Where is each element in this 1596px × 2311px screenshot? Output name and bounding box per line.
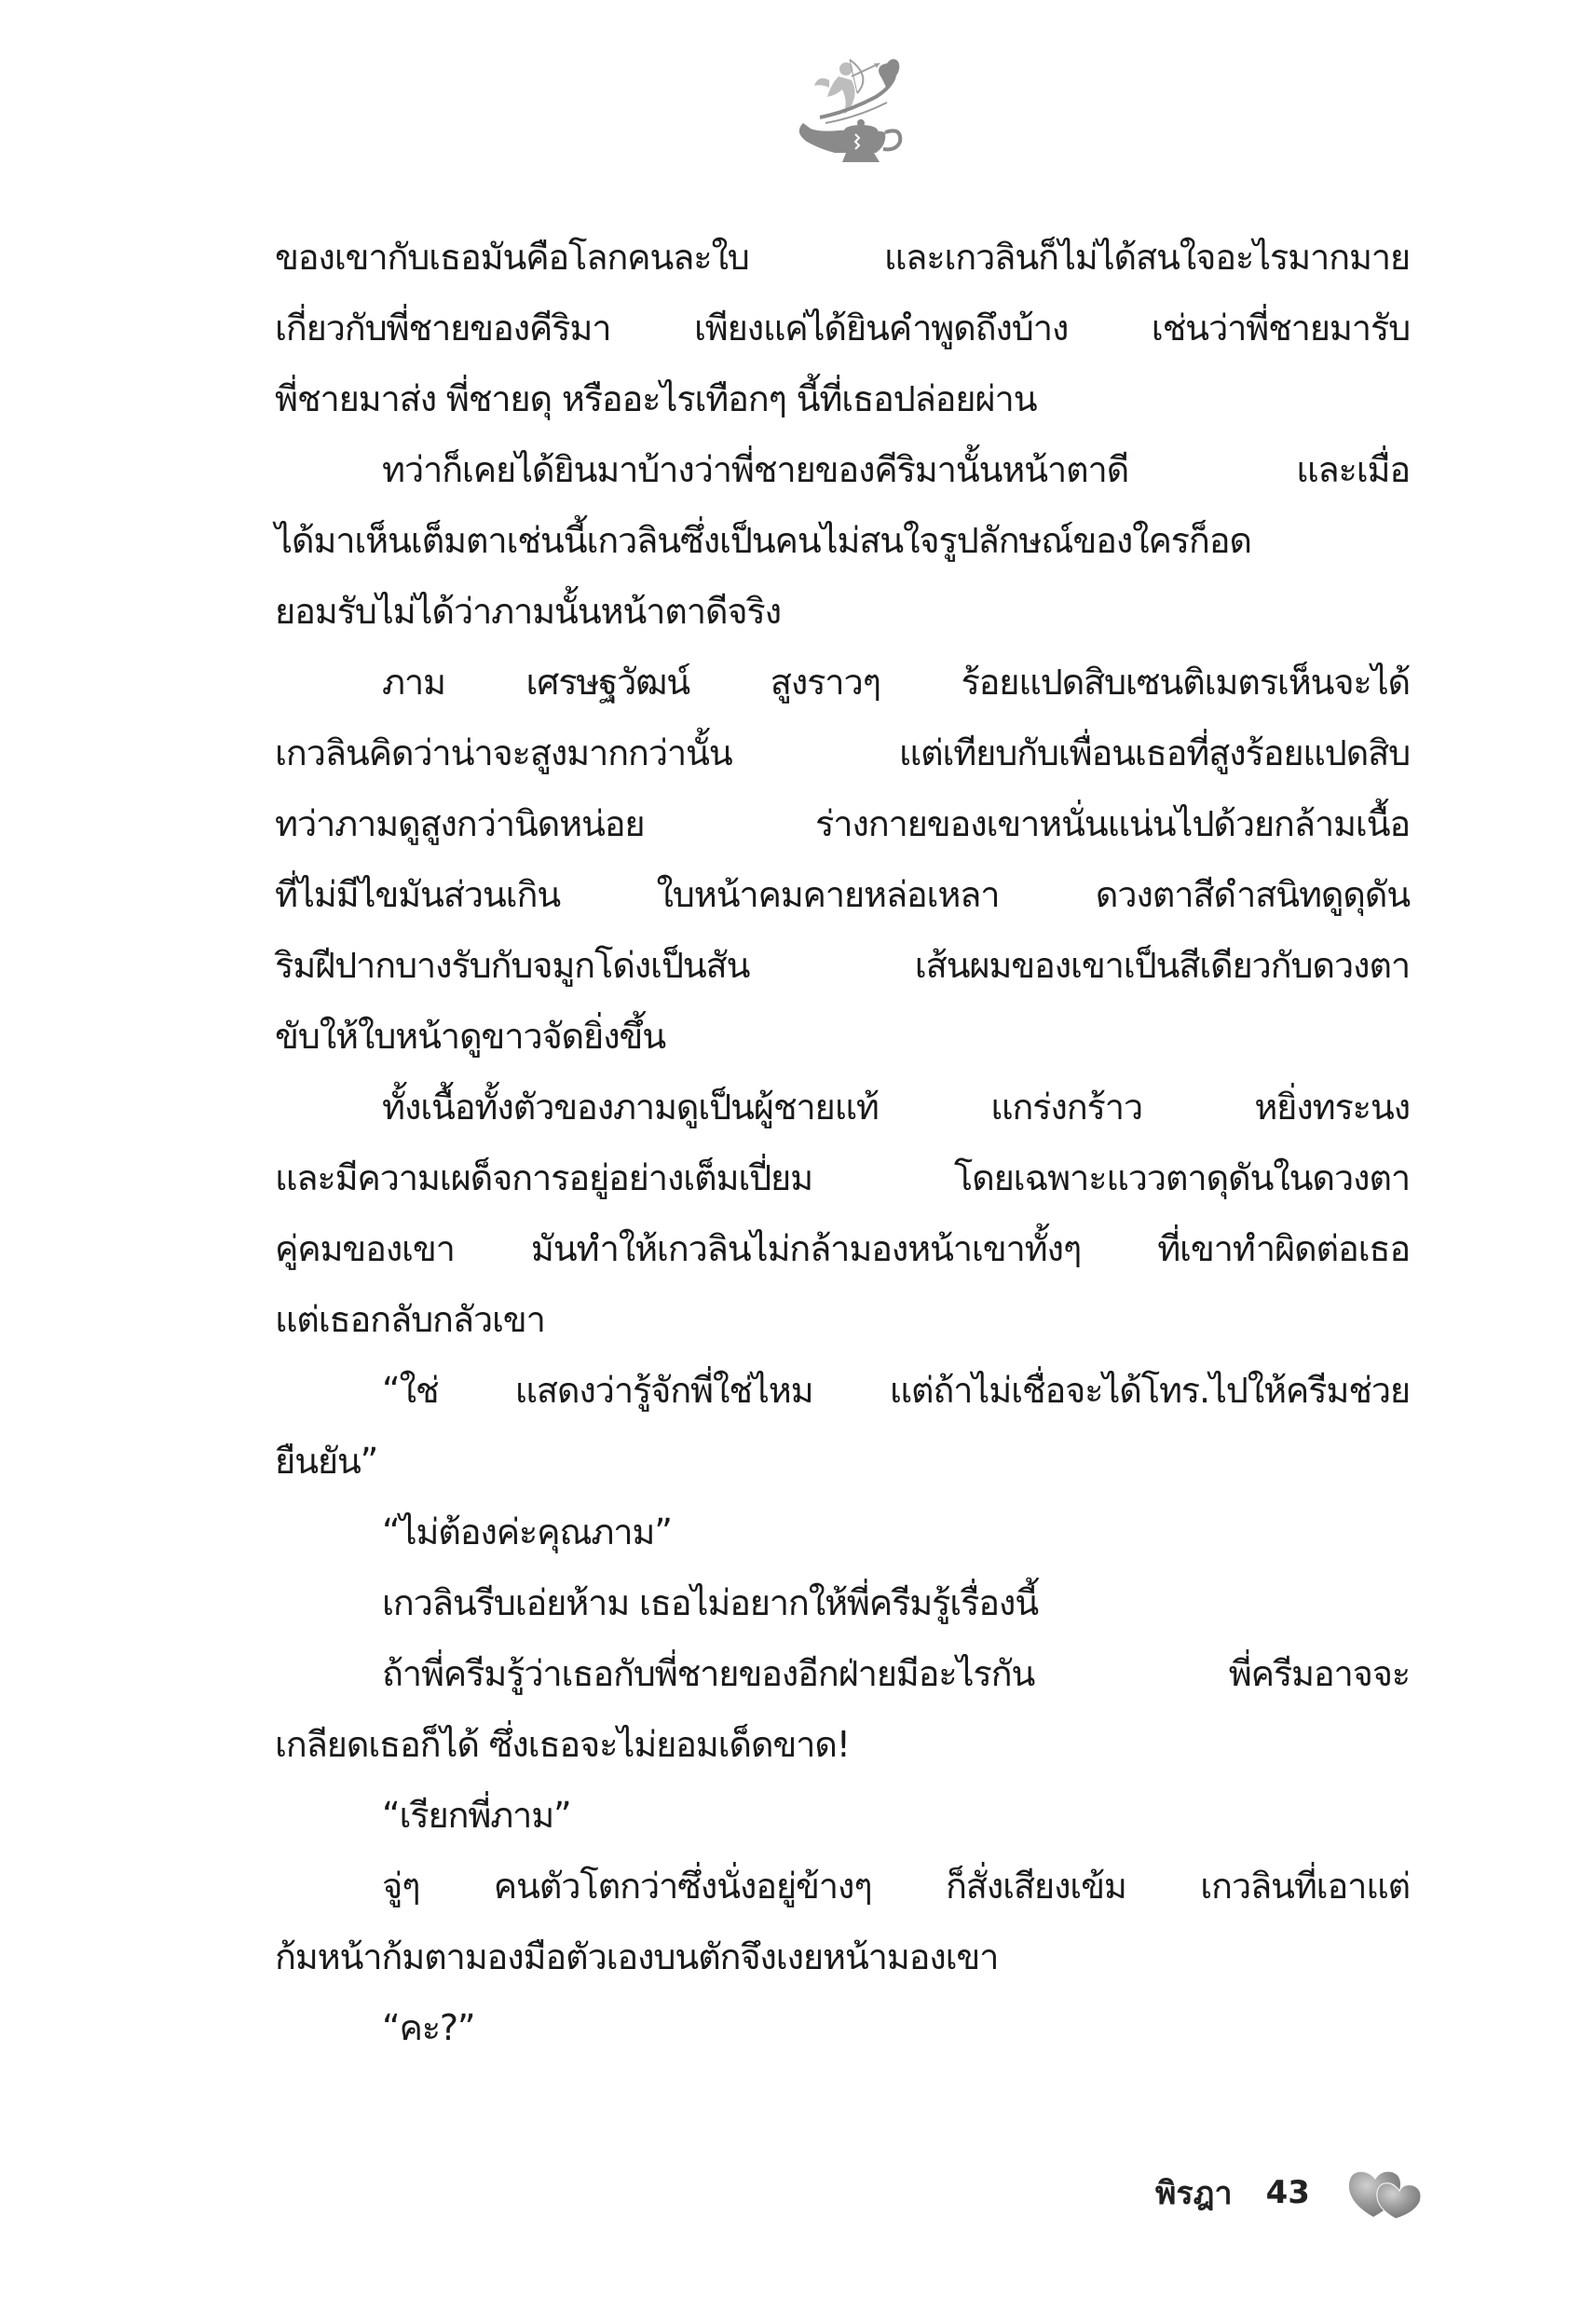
text-line: “ไม่ต้องค่ะคุณภาม” (275, 1497, 1410, 1567)
text-line: “เรียกพี่ภาม” (275, 1780, 1410, 1851)
text-line: จู่ๆ คนตัวโตกว่าซึ่งนั่งอยู่ข้างๆ ก็สั่ง… (275, 1851, 1410, 1921)
text-line: ก้มหน้าก้มตามองมือตัวเองบนตักจึงเงยหน้าม… (275, 1921, 1410, 1992)
text-line: เกลียดเธอก็ได้ ซึ่งเธอจะไม่ยอมเด็ดขาด! (275, 1709, 1410, 1780)
page-number: 43 (1266, 2174, 1310, 2211)
text-line: ที่ไม่มีไขมันส่วนเกิน ใบหน้าคมคายหล่อเหล… (275, 859, 1410, 930)
text-line: ทว่าภามดูสูงกว่านิดหน่อย ร่างกายของเขาหน… (275, 788, 1410, 859)
text-line: พี่ชายมาส่ง พี่ชายดุ หรืออะไรเทือกๆ นี้ท… (275, 363, 1410, 434)
cupid-teapot-lamp-icon (783, 56, 913, 172)
text-line: ถ้าพี่ครีมรู้ว่าเธอกับพี่ชายของอีกฝ่ายมี… (275, 1638, 1410, 1709)
two-hearts-icon (1344, 2165, 1427, 2221)
text-line: ริมฝีปากบางรับกับจมูกโด่งเป็นสัน เส้นผมข… (275, 930, 1410, 1001)
text-line: ทว่าก็เคยได้ยินมาบ้างว่าพี่ชายของคีริมาน… (275, 434, 1410, 505)
text-line: “คะ?” (275, 1992, 1410, 2063)
text-line: ขับให้ใบหน้าดูขาวจัดยิ่งขึ้น (275, 1001, 1410, 1072)
text-line: แต่เธอกลับกลัวเขา (275, 1284, 1410, 1355)
text-line: ภาม เศรษฐวัฒน์ สูงราวๆ ร้อยแปดสิบเซนติเม… (275, 647, 1410, 718)
text-line: เกี่ยวกับพี่ชายของคีริมา เพียงแค่ได้ยินค… (275, 293, 1410, 363)
text-line: ทั้งเนื้อทั้งตัวของภามดูเป็นผู้ชายแท้ แก… (275, 1072, 1410, 1142)
text-line: ยืนยัน” (275, 1426, 1410, 1497)
author-name: พิรฎา (1155, 2167, 1233, 2218)
text-line: เกวลินรีบเอ่ยห้าม เธอไม่อยากให้พี่ครีมรู… (275, 1567, 1410, 1638)
text-line: ได้มาเห็นเต็มตาเช่นนี้เกวลินซึ่งเป็นคนไม… (275, 505, 1410, 576)
text-line: ยอมรับไม่ได้ว่าภามนั้นหน้าตาดีจริง (275, 576, 1410, 647)
text-line: “ใช่ แสดงว่ารู้จักพี่ใช่ไหม แต่ถ้าไม่เชื… (275, 1355, 1410, 1426)
text-line: คู่คมของเขา มันทำให้เกวลินไม่กล้ามองหน้า… (275, 1213, 1410, 1284)
text-line: และมีความเผด็จการอยู่อย่างเต็มเปี่ยม โดย… (275, 1142, 1410, 1213)
body-text: ของเขากับเธอมันคือโลกคนละใบ และเกวลินก็ไ… (275, 222, 1410, 2063)
text-line: เกวลินคิดว่าน่าจะสูงมากกว่านั้น แต่เทียบ… (275, 718, 1410, 788)
text-line: ของเขากับเธอมันคือโลกคนละใบ และเกวลินก็ไ… (275, 222, 1410, 293)
page-footer: พิรฎา 43 (1155, 2160, 1427, 2225)
